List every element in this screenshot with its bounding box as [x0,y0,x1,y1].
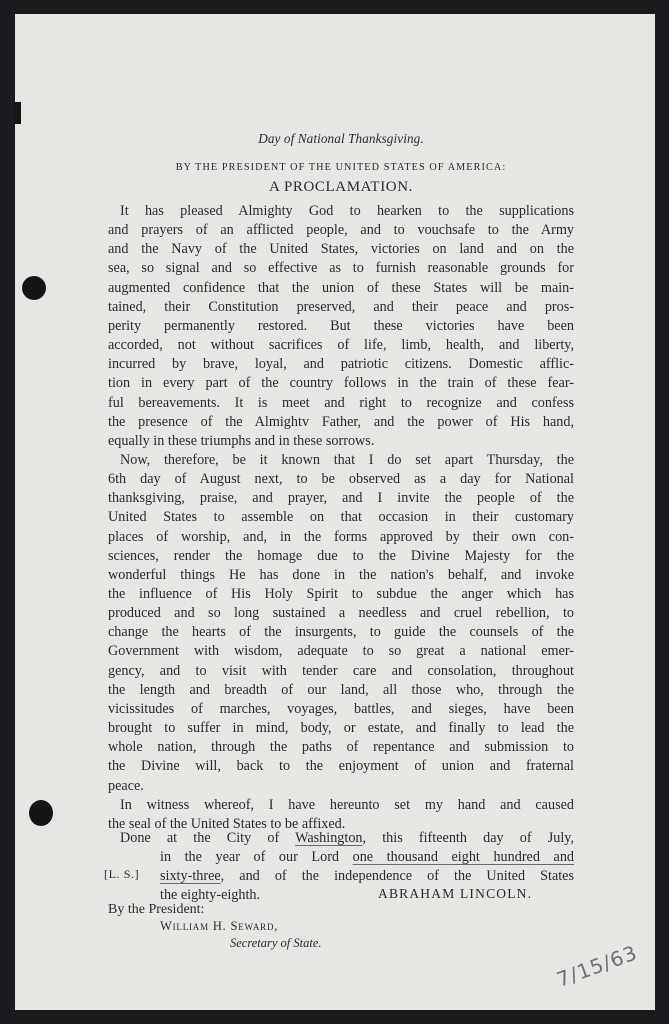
punch-hole [22,276,46,300]
place-washington: Washington [295,830,362,846]
text-line: places of worship, and, in the forms app… [108,528,574,547]
text-line: tained, their Constitution preserved, an… [108,298,574,317]
text-line: sciences, render the homage due to the D… [108,547,574,566]
text-line: the presence of the Almightv Father, and… [108,413,574,432]
text-line: thanksgiving, praise, and prayer, and I … [108,489,574,508]
text-line: United States to assemble on that occasi… [108,508,574,527]
text-line: ful bereavements. It is meet and right t… [108,394,574,413]
page-edge-mark [15,102,21,124]
text-line: perity permanently restored. But these v… [108,317,574,336]
text-line: and prayers of an afflicted people, and … [108,221,574,240]
done-at-line-1: Done at the City of Washington, this fif… [108,829,574,848]
countersign-title: Secretary of State. [230,936,322,951]
handwritten-date-note: 7/15/63 [553,940,640,991]
text-line: wonderful things He has done in the nati… [108,566,574,585]
document-page: Day of National Thanksgiving. By the Pre… [15,14,655,1010]
proclamation-heading: A PROCLAMATION. [108,179,574,196]
text-line: produced and so long sustained a needles… [108,604,574,623]
signature: ABRAHAM LINCOLN. [378,886,532,902]
text-line: the Divine will, back to the enjoyment o… [108,757,574,776]
text-line: change the hearts of the insurgents, to … [108,623,574,642]
text-line: and the Navy of the United States, victo… [108,240,574,259]
text-line: brought to suffer in mind, body, or esta… [108,719,574,738]
text-line: tion in every part of the country follow… [108,374,574,393]
countersign-name: William H. Seward, [160,919,278,934]
text-line: vicissitudes of marches, voyages, battle… [108,700,574,719]
by-the-president: By the President: [108,902,204,918]
seal-mark: [L. S.] [104,867,139,882]
text-line: peace. [108,777,574,796]
text-line: equally in these triumphs and in these s… [108,432,574,451]
punch-hole [29,800,53,826]
text-line: the influence of His Holy Spirit to subd… [108,585,574,604]
text-line: incurred by brave, loyal, and patriotic … [108,355,574,374]
text-line: gency, and to visit with tender care and… [108,662,574,681]
text-line: accorded, not without sacrifices of life… [108,336,574,355]
byline: By the President of the United States of… [108,162,574,173]
done-at-line-2: in the year of our Lord one thousand eig… [160,848,574,867]
done-at-line-3: sixty-three, and of the independence of … [160,867,574,886]
text-line: Government with wisdom, adequate to so g… [108,642,574,661]
text-line: Now, therefore, be it known that I do se… [120,451,574,470]
text-line: sea, so signal and so effective as to fu… [108,259,574,278]
text-line: 6th day of August next, to be observed a… [108,470,574,489]
text-line: the length and breadth of our land, all … [108,681,574,700]
text-line: In witness whereof, I have hereunto set … [120,796,574,815]
text-line: augmented confidence that the union of t… [108,279,574,298]
text-line: It has pleased Almighty God to hearken t… [120,202,574,221]
text-line: whole nation, through the paths of repen… [108,738,574,757]
document-title: Day of National Thanksgiving. [108,131,574,147]
